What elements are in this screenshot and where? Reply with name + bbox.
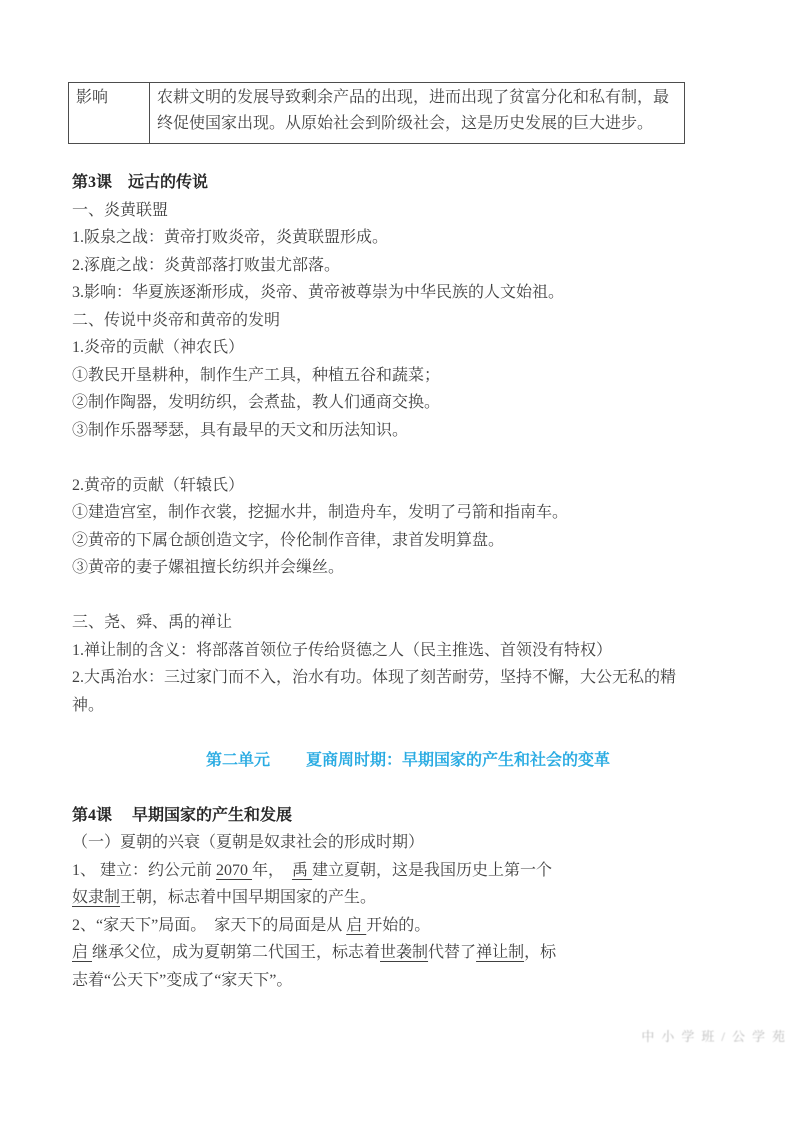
unit-2-title: 第二单元 夏商周时期：早期国家的产生和社会的变革 <box>68 747 692 775</box>
text-line: 2.大禹治水：三过家门而不入，治水有功。体现了刻苦耐劳，坚持不懈，大公无私的精 <box>68 664 692 692</box>
text-line: ①建造宫室，制作衣裳，挖掘水井，制造舟车，发明了弓箭和指南车。 <box>68 499 692 527</box>
text-segment: 开始的。 <box>366 917 430 934</box>
text-segment: 1、 建立：约公元前 <box>72 862 216 879</box>
text-line: 启 继承父位，成为夏朝第二代国王，标志着世袭制代替了禅让制，标 <box>68 939 692 967</box>
text-segment: 2.涿鹿之战：炎黄部落打败蚩尤部落。 <box>72 257 340 274</box>
text-line: 志着“公天下”变成了“家天下”。 <box>68 967 692 995</box>
text-segment: 2、“家天下”局面。 家天下的局面是从 <box>72 917 346 934</box>
text-segment: 建立夏朝，这是我国历史上第一个 <box>312 862 552 879</box>
text-segment: 2.大禹治水：三过家门而不入，治水有功。体现了刻苦耐劳，坚持不懈，大公无私的精 <box>72 669 676 686</box>
text-segment: 1.阪泉之战：黄帝打败炎帝，炎黄联盟形成。 <box>72 229 388 246</box>
underlined-term: 禅让制 <box>476 944 524 961</box>
underlined-term: 世袭制 <box>380 944 428 961</box>
text-line: 一、炎黄联盟 <box>68 197 692 225</box>
text-segment: 二、传说中炎帝和黄帝的发明 <box>72 312 280 329</box>
text-segment: 年， <box>252 862 292 879</box>
text-segment: 3.影响：华夏族逐渐形成，炎帝、黄帝被尊崇为中华民族的人文始祖。 <box>72 284 564 301</box>
text-segment: 第二单元 夏商周时期：早期国家的产生和社会的变革 <box>206 752 610 769</box>
text-segment: 继承父位，成为夏朝第二代国王，标志着 <box>92 944 380 961</box>
underlined-term: 奴隶制 <box>72 889 120 906</box>
lesson-3-heading: 第3课 远古的传说 <box>68 169 692 197</box>
underlined-term: 启 <box>72 944 92 961</box>
text-line: ③黄帝的妻子嫘祖擅长纺织并会缫丝。 <box>68 554 692 582</box>
table-cell-content: 农耕文明的发展导致剩余产品的出现，进而出现了贫富分化和私有制，最终促使国家出现。… <box>150 83 685 144</box>
text-segment: ，标 <box>524 944 556 961</box>
text-line: 三、尧、舜、禹的禅让 <box>68 609 692 637</box>
text-line: 1.禅让制的含义：将部落首领位子传给贤德之人（民主推选、首领没有特权） <box>68 637 692 665</box>
text-line: 1.阪泉之战：黄帝打败炎帝，炎黄联盟形成。 <box>68 224 692 252</box>
document-page: 影响 农耕文明的发展导致剩余产品的出现，进而出现了贫富分化和私有制，最终促使国家… <box>0 0 800 1131</box>
lesson-4-heading: 第4课 早期国家的产生和发展 <box>68 802 692 830</box>
text-line: 2.涿鹿之战：炎黄部落打败蚩尤部落。 <box>68 252 692 280</box>
blank-line <box>68 719 692 747</box>
text-segment: 2.黄帝的贡献（轩辕氏） <box>72 477 244 494</box>
text-line: ③制作乐器琴瑟，具有最早的天文和历法知识。 <box>68 417 692 445</box>
text-segment: ②制作陶器，发明纺织，会煮盐，教人们通商交换。 <box>72 394 440 411</box>
text-segment: 第3课 远古的传说 <box>72 174 208 191</box>
text-segment: ③制作乐器琴瑟，具有最早的天文和历法知识。 <box>72 422 408 439</box>
text-segment: 第4课 早期国家的产生和发展 <box>72 807 292 824</box>
text-line: （一）夏朝的兴衰（夏朝是奴隶社会的形成时期） <box>68 829 692 857</box>
text-segment: ①建造宫室，制作衣裳，挖掘水井，制造舟车，发明了弓箭和指南车。 <box>72 504 568 521</box>
text-segment: ①教民开垦耕种，制作生产工具，种植五谷和蔬菜； <box>72 367 440 384</box>
document-body: 第3课 远古的传说一、炎黄联盟1.阪泉之战：黄帝打败炎帝，炎黄联盟形成。2.涿鹿… <box>68 169 692 994</box>
text-line: 2.黄帝的贡献（轩辕氏） <box>68 472 692 500</box>
impact-table: 影响 农耕文明的发展导致剩余产品的出现，进而出现了贫富分化和私有制，最终促使国家… <box>68 82 685 144</box>
table-row: 影响 农耕文明的发展导致剩余产品的出现，进而出现了贫富分化和私有制，最终促使国家… <box>69 83 685 144</box>
text-segment: 代替了 <box>428 944 476 961</box>
text-segment: 一、炎黄联盟 <box>72 202 168 219</box>
text-segment: 王朝，标志着中国早期国家的产生。 <box>120 889 376 906</box>
text-line: 奴隶制王朝，标志着中国早期国家的产生。 <box>68 884 692 912</box>
underlined-term: 2070 <box>216 862 252 879</box>
blank-line <box>68 444 692 472</box>
blank-line <box>68 582 692 610</box>
text-line: ①教民开垦耕种，制作生产工具，种植五谷和蔬菜； <box>68 362 692 390</box>
text-line: ②黄帝的下属仓颉创造文字，伶伦制作音律，隶首发明算盘。 <box>68 527 692 555</box>
blank-line <box>68 774 692 802</box>
text-segment: 志着“公天下”变成了“家天下”。 <box>72 972 292 989</box>
underlined-term: 启 <box>346 917 366 934</box>
text-line: 1、 建立：约公元前 2070 年， 禹 建立夏朝，这是我国历史上第一个 <box>68 857 692 885</box>
text-line: 3.影响：华夏族逐渐形成，炎帝、黄帝被尊崇为中华民族的人文始祖。 <box>68 279 692 307</box>
text-line: 2、“家天下”局面。 家天下的局面是从 启 开始的。 <box>68 912 692 940</box>
text-line: 二、传说中炎帝和黄帝的发明 <box>68 307 692 335</box>
text-segment: 1.炎帝的贡献（神农氏） <box>72 339 244 356</box>
text-segment: ②黄帝的下属仓颉创造文字，伶伦制作音律，隶首发明算盘。 <box>72 532 504 549</box>
text-segment: 1.禅让制的含义：将部落首领位子传给贤德之人（民主推选、首领没有特权） <box>72 642 612 659</box>
text-segment: ③黄帝的妻子嫘祖擅长纺织并会缫丝。 <box>72 559 344 576</box>
text-line: ②制作陶器，发明纺织，会煮盐，教人们通商交换。 <box>68 389 692 417</box>
text-segment: 三、尧、舜、禹的禅让 <box>72 614 232 631</box>
text-segment: 神。 <box>72 697 104 714</box>
text-line: 1.炎帝的贡献（神农氏） <box>68 334 692 362</box>
watermark-text: 中小学班/公学苑 <box>641 1026 792 1045</box>
text-segment: （一）夏朝的兴衰（夏朝是奴隶社会的形成时期） <box>72 834 424 851</box>
text-line: 神。 <box>68 692 692 720</box>
table-cell-label: 影响 <box>69 83 150 144</box>
underlined-term: 禹 <box>292 862 312 879</box>
document-content: 影响 农耕文明的发展导致剩余产品的出现，进而出现了贫富分化和私有制，最终促使国家… <box>68 82 692 994</box>
